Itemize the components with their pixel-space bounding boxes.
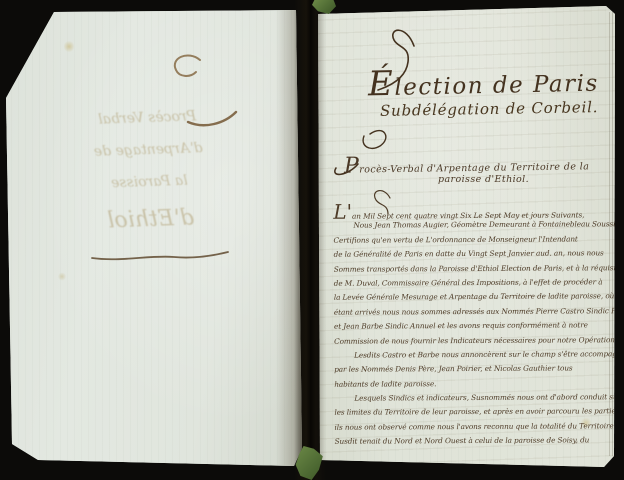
body-line: de M. Duval, Commissaire Général des Imp…	[334, 275, 608, 291]
body-line: Certifions qu'en vertu de L'ordonnance d…	[334, 232, 608, 248]
body-line: Nous Jean Thomas Augier, Géomètre Demeur…	[333, 218, 607, 234]
body-line: étant arrivés nous nous sommes adressés …	[334, 304, 608, 320]
bleed-through-title: Procès Verbal d'Arpentage de la Paroisse…	[42, 98, 257, 245]
ghost-title-line: d'Ethiol	[45, 194, 256, 245]
left-page: Procès Verbal d'Arpentage de la Paroisse…	[4, 10, 302, 470]
body-line: les limites du Territoire de leur parois…	[334, 405, 608, 421]
binding-gutter	[294, 0, 326, 480]
body-line: et Jean Barbe Sindic Annuel et les avons…	[334, 318, 608, 334]
photo-frame: Procès Verbal d'Arpentage de la Paroisse…	[0, 0, 624, 480]
body-line: Sommes transportés dans la Paroisse d'Et…	[334, 261, 608, 277]
body-line: Lesquels Sindics et indicateurs, Susnomm…	[334, 390, 608, 406]
foxing-stain	[64, 40, 74, 53]
foxing-stain	[58, 272, 66, 281]
body-line: L'an Mil Sept cent quatre vingt Six Le S…	[333, 203, 607, 219]
document-subtitle: Subdélégation de Corbeil.	[380, 98, 599, 120]
body-line: Commission de nous fournir les Indicateu…	[334, 333, 608, 349]
manuscript-body: L'an Mil Sept cent quatre vingt Six Le S…	[333, 203, 608, 449]
right-page: Élection de Paris Subdélégation de Corbe…	[318, 6, 616, 468]
page-stack-edge	[609, 12, 616, 456]
body-line: de la Généralité de Paris en datte du Vi…	[334, 246, 608, 262]
body-line: Susdit tenait du Nord et Nord Ouest à ce…	[335, 434, 609, 450]
body-line: la Levée Générale Mesurage et Arpentage …	[334, 290, 608, 306]
body-line: Lesdits Castro et Barbe nous annoncèrent…	[334, 347, 608, 363]
body-line: habitants de ladite paroisse.	[334, 376, 608, 392]
body-line: par les Nommés Denis Père, Jean Poirier,…	[334, 362, 608, 378]
section-heading-line2: paroisse d'Ethiol.	[438, 174, 529, 185]
body-line: ils nous ont observé comme nous l'avons …	[334, 419, 608, 435]
